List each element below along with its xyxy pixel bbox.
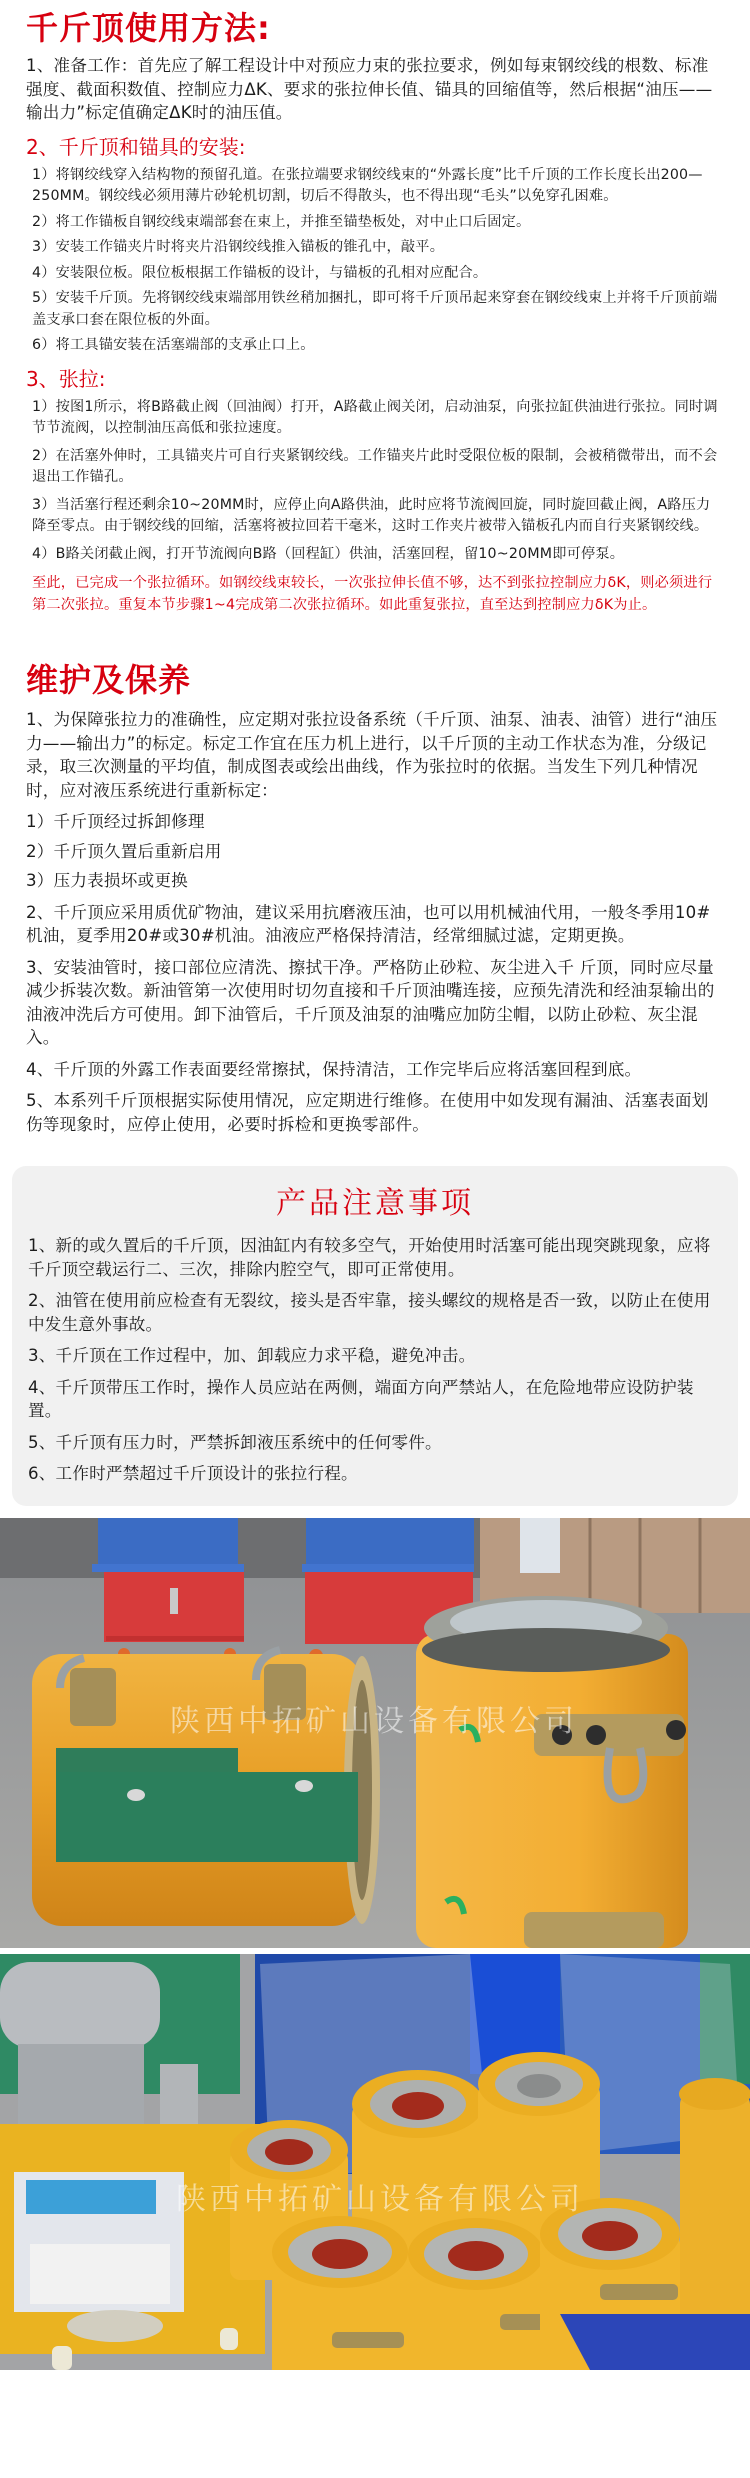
tension-heading: 3、张拉:	[0, 365, 750, 393]
notice-box: 产品注意事项 1、新的或久置后的千斤顶，因油缸内有较多空气，开始使用时活塞可能出…	[12, 1166, 738, 1506]
maintenance-title: 维护及保养	[0, 660, 750, 700]
maintenance-item: 3、安装油管时，接口部位应清洗、擦拭干净。严格防止砂粒、灰尘进入千 斤顶，同时应…	[0, 956, 750, 1050]
recalibration-conditions: 1）千斤顶经过拆卸修理 2）千斤顶久置后重新启用 3）压力表损坏或更换	[0, 810, 750, 893]
tension-steps: 1）按图1所示，将B路截止阀（回油阀）打开，A路截止阀关闭，启动油泵，向张拉缸供…	[0, 397, 750, 617]
install-heading: 2、千斤顶和锚具的安装:	[0, 133, 750, 161]
product-detail-page: 千斤顶使用方法: 1、准备工作：首先应了解工程设计中对预应力束的张拉要求，例如每…	[0, 0, 750, 2385]
condition-item: 2）千斤顶久置后重新启用	[0, 840, 750, 864]
tension-note: 至此，已完成一个张拉循环。如钢绞线束较长，一次张拉伸长值不够，达不到张拉控制应力…	[0, 573, 750, 616]
usage-prep-paragraph: 1、准备工作：首先应了解工程设计中对预应力束的张拉要求，例如每束钢绞线的根数、标…	[0, 54, 750, 125]
install-steps: 1）将钢绞线穿入结构物的预留孔道。在张拉端要求钢绞线束的“外露长度”比千斤顶的工…	[0, 165, 750, 357]
usage-title: 千斤顶使用方法:	[0, 8, 750, 48]
notice-item: 2、油管在使用前应检查有无裂纹，接头是否牢靠，接头螺纹的规格是否一致，以防止在使…	[12, 1289, 738, 1336]
company-watermark: 陕西中拓矿山设备有限公司	[170, 1696, 578, 1740]
install-step: 4）安装限位板。限位板根据工作锚板的设计，与锚板的孔相对应配合。	[0, 263, 750, 285]
maintenance-item: 5、本系列千斤顶根据实际使用情况，应定期进行维修。在使用中如发现有漏油、活塞表面…	[0, 1089, 750, 1136]
notice-item: 6、工作时严禁超过千斤顶设计的张拉行程。	[12, 1462, 738, 1486]
maintenance-item: 2、千斤顶应采用质优矿物油，建议采用抗磨液压油，也可以用机械油代用，一般冬季用1…	[0, 901, 750, 948]
install-step: 3）安装工作锚夹片时将夹片沿钢绞线推入锚板的锥孔中，敲平。	[0, 237, 750, 259]
product-photo-2: 陕西中拓矿山设备有限公司	[0, 1954, 750, 2370]
jack-lineup-image	[0, 1954, 750, 2370]
maintenance-item: 4、千斤顶的外露工作表面要经常擦拭，保持清洁，工作完毕后应将活塞回程到底。	[0, 1058, 750, 1082]
install-step: 6）将工具锚安装在活塞端部的支承止口上。	[0, 335, 750, 357]
tension-step: 2）在活塞外伸时，工具锚夹片可自行夹紧钢绞线。工作锚夹片此时受限位板的限制，会被…	[0, 446, 750, 489]
maintenance-item: 1、为保障张拉力的准确性，应定期对张拉设备系统（千斤顶、油泵、油表、油管）进行“…	[0, 708, 750, 802]
notice-title: 产品注意事项	[12, 1184, 738, 1224]
company-watermark: 陕西中拓矿山设备有限公司	[176, 2174, 584, 2218]
tension-step: 1）按图1所示，将B路截止阀（回油阀）打开，A路截止阀关闭，启动油泵，向张拉缸供…	[0, 397, 750, 440]
notice-item: 1、新的或久置后的千斤顶，因油缸内有较多空气，开始使用时活塞可能出现突跳现象，应…	[12, 1234, 738, 1281]
condition-item: 1）千斤顶经过拆卸修理	[0, 810, 750, 834]
install-step: 5）安装千斤顶。先将钢绞线束端部用铁丝稍加捆扎，即可将千斤顶吊起来穿套在钢绞线束…	[0, 288, 750, 331]
condition-item: 3）压力表损坏或更换	[0, 869, 750, 893]
notice-item: 4、千斤顶带压工作时，操作人员应站在两侧，端面方向严禁站人，在危险地带应设防护装…	[12, 1376, 738, 1423]
install-step: 2）将工作锚板自钢绞线束端部套在束上，并推至锚垫板处，对中止口后固定。	[0, 212, 750, 234]
product-photo-1: 陕西中拓矿山设备有限公司	[0, 1518, 750, 1948]
install-step: 1）将钢绞线穿入结构物的预留孔道。在张拉端要求钢绞线束的“外露长度”比千斤顶的工…	[0, 165, 750, 208]
notice-item: 5、千斤顶有压力时，严禁拆卸液压系统中的任何零件。	[12, 1431, 738, 1455]
tension-step: 4）B路关闭截止阀，打开节流阀向B路（回程缸）供油，活塞回程，留10~20MM即…	[0, 544, 750, 566]
notice-item: 3、千斤顶在工作过程中，加、卸载应力求平稳，避免冲击。	[12, 1344, 738, 1368]
tension-step: 3）当活塞行程还剩余10~20MM时，应停止向A路供油，此时应将节流阀回旋，同时…	[0, 495, 750, 538]
